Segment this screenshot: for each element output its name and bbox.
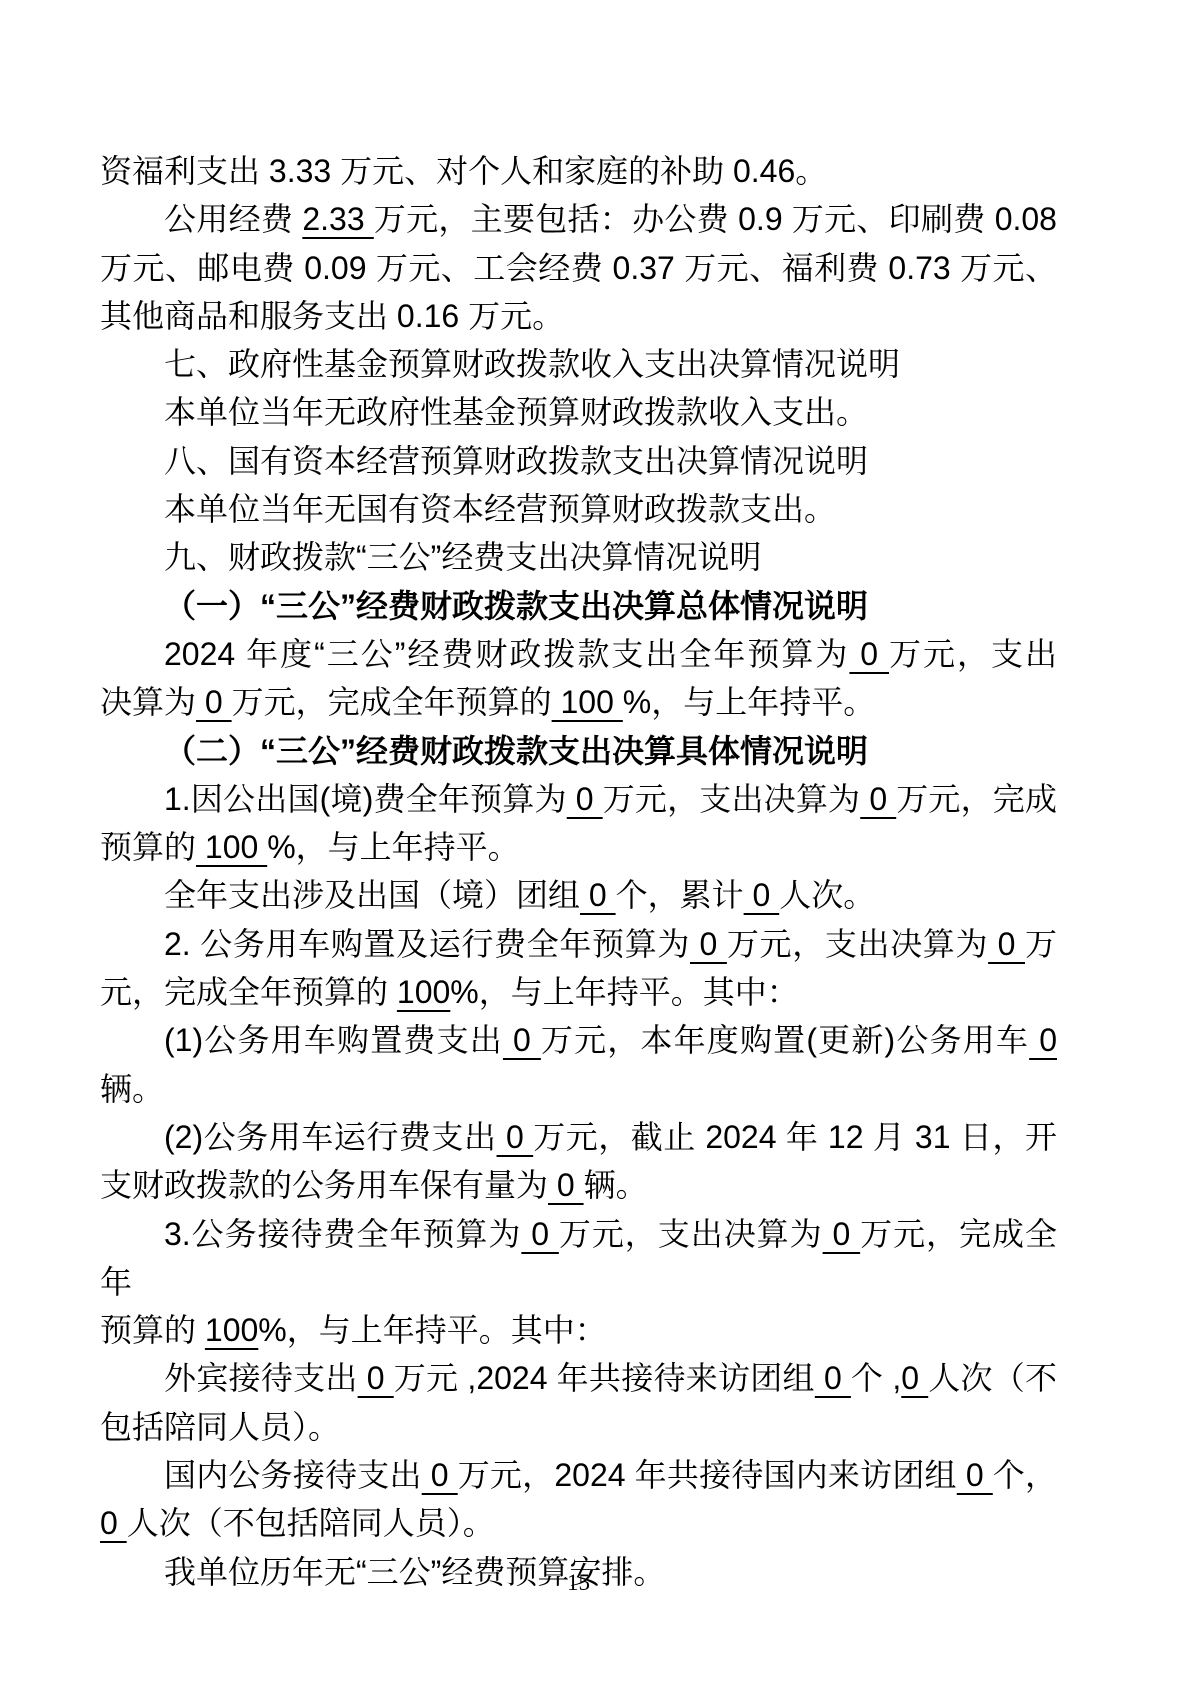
text-run: 2. 公务用车购置及运行费全年预算为 [164, 926, 690, 962]
text-run: 资福利支出 3.33 万元、对个人和家庭的补助 0.46。 [100, 153, 827, 189]
text-line: 国内公务接待支出 0 万元，2024 年共接待国内来访团组 0 个， [100, 1451, 1057, 1499]
text-line: 辆。 [100, 1065, 1057, 1113]
text-line: 决算为 0 万元，完成全年预算的 100 %，与上年持平。 [100, 678, 1057, 726]
underlined-value: 0 [849, 636, 889, 672]
text-line: 2024 年度“三公”经费财政拨款支出全年预算为 0 万元，支出 [100, 630, 1057, 678]
underlined-value: 0 [744, 877, 780, 913]
underlined-value: 0 [100, 1505, 127, 1541]
text-run: 万元 ,2024 年共接待来访团组 [394, 1360, 815, 1396]
text-line: 资福利支出 3.33 万元、对个人和家庭的补助 0.46。 [100, 147, 1057, 195]
text-run: 全年支出涉及出国（境）团组 [164, 877, 580, 913]
text-line: 包括陪同人员）。 [100, 1403, 1057, 1451]
underlined-value: 100 [205, 1312, 258, 1348]
text-run: 个，累计 [616, 877, 744, 913]
underlined-value: 0 [1029, 1022, 1057, 1058]
text-run: 2024 年度“三公”经费财政拨款支出全年预算为 [164, 636, 849, 672]
text-run: 万 [1025, 926, 1057, 962]
text-run: 本单位当年无政府性基金预算财政拨款收入支出。 [164, 394, 868, 430]
text-run: （一）“三公”经费财政拨款支出决算总体情况说明 [164, 588, 868, 624]
document-page: 资福利支出 3.33 万元、对个人和家庭的补助 0.46。公用经费 2.33 万… [0, 0, 1200, 1697]
text-line: 公用经费 2.33 万元，主要包括：办公费 0.9 万元、印刷费 0.08 [100, 195, 1057, 243]
text-run: (2)公务用车运行费支出 [164, 1119, 497, 1155]
underlined-value: 0 [358, 1360, 394, 1396]
text-line: 九、财政拨款“三公”经费支出决算情况说明 [100, 533, 1057, 581]
text-line: 预算的 100%，与上年持平。其中： [100, 1306, 1057, 1354]
text-line: 全年支出涉及出国（境）团组 0 个，累计 0 人次。 [100, 871, 1057, 919]
text-run: 1.因公出国(境)费全年预算为 [164, 781, 567, 817]
text-line: 3.公务接待费全年预算为 0 万元，支出决算为 0 万元，完成全年 [100, 1210, 1057, 1307]
text-run: 八、国有资本经营预算财政拨款支出决算情况说明 [164, 443, 868, 479]
text-line: 预算的 100 %，与上年持平。 [100, 823, 1057, 871]
text-run: 万元，支出决算为 [559, 1216, 823, 1252]
text-run: 本单位当年无国有资本经营预算财政拨款支出。 [164, 491, 836, 527]
text-run: 万元，支出决算为 [603, 781, 861, 817]
text-run: 人次（不 [928, 1360, 1057, 1396]
text-line: 其他商品和服务支出 0.16 万元。 [100, 292, 1057, 340]
text-run: %，与上年持平。 [267, 829, 519, 865]
text-run: 包括陪同人员）。 [100, 1409, 340, 1445]
text-run: 公用经费 [164, 201, 302, 237]
underlined-value: 0 [422, 1457, 458, 1493]
underlined-value: 0 [815, 1360, 851, 1396]
text-run: %，与上年持平。其中： [258, 1312, 606, 1348]
text-line: 本单位当年无政府性基金预算财政拨款收入支出。 [100, 388, 1057, 436]
text-line: （一）“三公”经费财政拨款支出决算总体情况说明 [100, 582, 1057, 630]
text-run: 人次（不包括陪同人员）。 [127, 1505, 495, 1541]
text-run: 人次。 [779, 877, 875, 913]
text-run: 外宾接待支出 [164, 1360, 358, 1396]
text-run: 个， [993, 1457, 1057, 1493]
underlined-value: 0 [497, 1119, 534, 1155]
underlined-value: 0 [823, 1216, 861, 1252]
underlined-value: 0 [580, 877, 616, 913]
document-body: 资福利支出 3.33 万元、对个人和家庭的补助 0.46。公用经费 2.33 万… [100, 147, 1057, 1596]
underlined-value: 100 [196, 829, 267, 865]
text-run: 九、财政拨款“三公”经费支出决算情况说明 [164, 539, 761, 575]
text-run: 七、政府性基金预算财政拨款收入支出决算情况说明 [164, 346, 900, 382]
underlined-value: 100 [552, 684, 623, 720]
text-line: 0 人次（不包括陪同人员）。 [100, 1499, 1057, 1547]
underlined-value: 0 [521, 1216, 559, 1252]
text-line: （二）“三公”经费财政拨款支出决算具体情况说明 [100, 727, 1057, 775]
underlined-value: 0 [548, 1167, 584, 1203]
text-line: 2. 公务用车购置及运行费全年预算为 0 万元，支出决算为 0 万 [100, 920, 1057, 968]
text-run: 万元，本年度购置(更新)公务用车 [541, 1022, 1029, 1058]
text-run: 决算为 [100, 684, 196, 720]
text-run: 3.公务接待费全年预算为 [164, 1216, 521, 1252]
text-run: 万元、邮电费 0.09 万元、工会经费 0.37 万元、福利费 0.73 万元、 [100, 250, 1057, 286]
underlined-value: 0 [860, 781, 896, 817]
text-run: 支财政拨款的公务用车保有量为 [100, 1167, 548, 1203]
text-line: (2)公务用车运行费支出 0 万元，截止 2024 年 12 月 31 日，开 [100, 1113, 1057, 1161]
underlined-value: 0 [988, 926, 1025, 962]
underlined-value: 0 [503, 1022, 541, 1058]
text-run: 万元，2024 年共接待国内来访团组 [458, 1457, 957, 1493]
text-run: 辆。 [100, 1071, 164, 1107]
underlined-value: 0 [901, 1360, 928, 1396]
underlined-value: 0 [196, 684, 232, 720]
text-line: 外宾接待支出 0 万元 ,2024 年共接待来访团组 0 个 ,0 人次（不 [100, 1354, 1057, 1402]
text-run: 个 , [851, 1360, 901, 1396]
text-line: 七、政府性基金预算财政拨款收入支出决算情况说明 [100, 340, 1057, 388]
text-run: 辆。 [584, 1167, 648, 1203]
text-run: 元，完成全年预算的 [100, 974, 397, 1010]
text-run: 万元，截止 2024 年 12 月 31 日，开 [533, 1119, 1057, 1155]
text-run: %，与上年持平。其中： [450, 974, 798, 1010]
underlined-value: 2.33 [302, 201, 373, 237]
text-line: 元，完成全年预算的 100%，与上年持平。其中： [100, 968, 1057, 1016]
text-run: 万元，完成 [896, 781, 1057, 817]
underlined-value: 0 [690, 926, 727, 962]
text-run: %，与上年持平。 [623, 684, 875, 720]
text-run: 其他商品和服务支出 0.16 万元。 [100, 298, 564, 334]
text-run: 预算的 [100, 829, 196, 865]
text-run: 万元，主要包括：办公费 0.9 万元、印刷费 0.08 [374, 201, 1057, 237]
text-line: 万元、邮电费 0.09 万元、工会经费 0.37 万元、福利费 0.73 万元、 [100, 244, 1057, 292]
text-line: 1.因公出国(境)费全年预算为 0 万元，支出决算为 0 万元，完成 [100, 775, 1057, 823]
text-line: 八、国有资本经营预算财政拨款支出决算情况说明 [100, 437, 1057, 485]
underlined-value: 0 [957, 1457, 993, 1493]
text-line: 本单位当年无国有资本经营预算财政拨款支出。 [100, 485, 1057, 533]
text-run: （二）“三公”经费财政拨款支出决算具体情况说明 [164, 733, 868, 769]
underlined-value: 0 [567, 781, 603, 817]
text-run: 国内公务接待支出 [164, 1457, 422, 1493]
text-run: (1)公务用车购置费支出 [164, 1022, 503, 1058]
text-run: 万元，支出决算为 [727, 926, 988, 962]
text-line: (1)公务用车购置费支出 0 万元，本年度购置(更新)公务用车 0 [100, 1016, 1057, 1064]
page-number: 15 [100, 1570, 1057, 1596]
text-run: 预算的 [100, 1312, 205, 1348]
underlined-value: 100 [397, 974, 450, 1010]
text-run: 万元，支出 [889, 636, 1057, 672]
text-run: 万元，完成全年预算的 [232, 684, 552, 720]
text-line: 支财政拨款的公务用车保有量为 0 辆。 [100, 1161, 1057, 1209]
